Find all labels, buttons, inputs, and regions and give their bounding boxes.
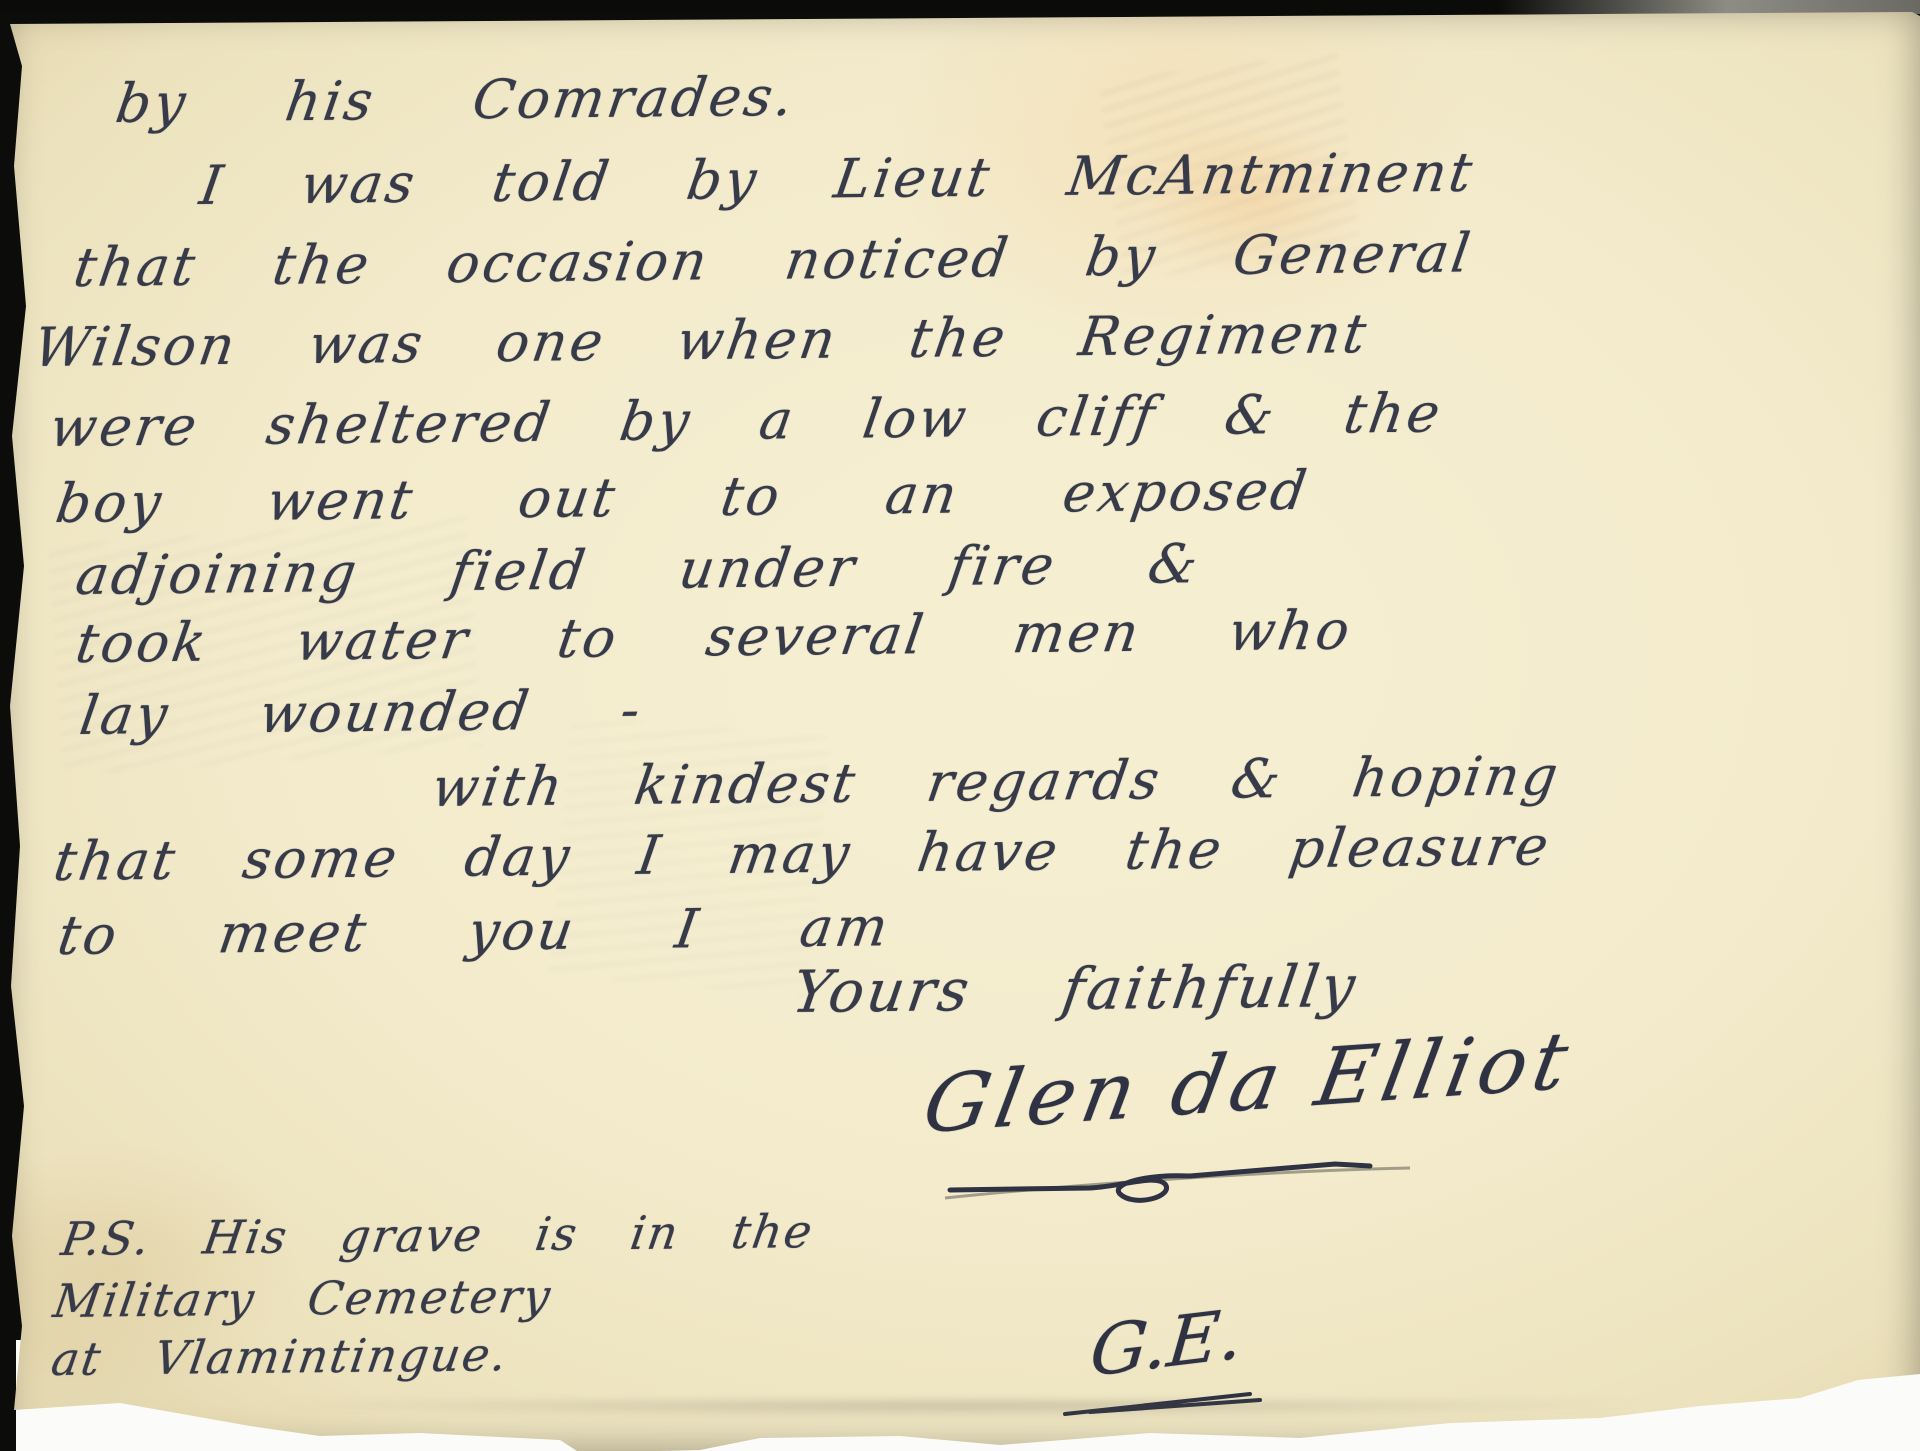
postscript-line: P.S. His grave is in the [58,1204,818,1266]
letter-line: adjoining field under fire & [72,532,1205,607]
letter-line: I was told by Lieut McAntminent [196,141,1479,217]
postscript-initials: G.E. [1087,1293,1246,1393]
scanner-edge-top [0,0,1920,14]
signature: Glen da Elliot [917,1014,1581,1151]
letter-line: that the occasion noticed by General [70,221,1477,299]
letter-line: took water to several men who [72,599,1357,675]
letter-paper: by his Comrades. I was told by Lieut McA… [0,6,1920,1451]
closing-line: Yours faithfully [788,952,1362,1026]
letter-line: that some day I may have the pleasure [50,814,1555,893]
signature-flourish [940,1146,1440,1216]
letter-line: Wilson was one when the Regiment [30,302,1373,379]
scanned-letter: by his Comrades. I was told by Lieut McA… [0,0,1920,1451]
letter-line: lay wounded - [76,678,647,747]
letter-line: by his Comrades. [112,65,800,135]
letter-line: with kindest regards & hoping [428,744,1565,819]
letter-line: were sheltered by a low cliff & the [46,381,1447,459]
postscript-line: Military Cemetery [50,1269,555,1328]
postscript-line: at Vlamintingue. [48,1327,512,1386]
letter-line: to meet you I am [54,895,895,967]
letter-line: boy went out to an exposed [52,459,1313,535]
